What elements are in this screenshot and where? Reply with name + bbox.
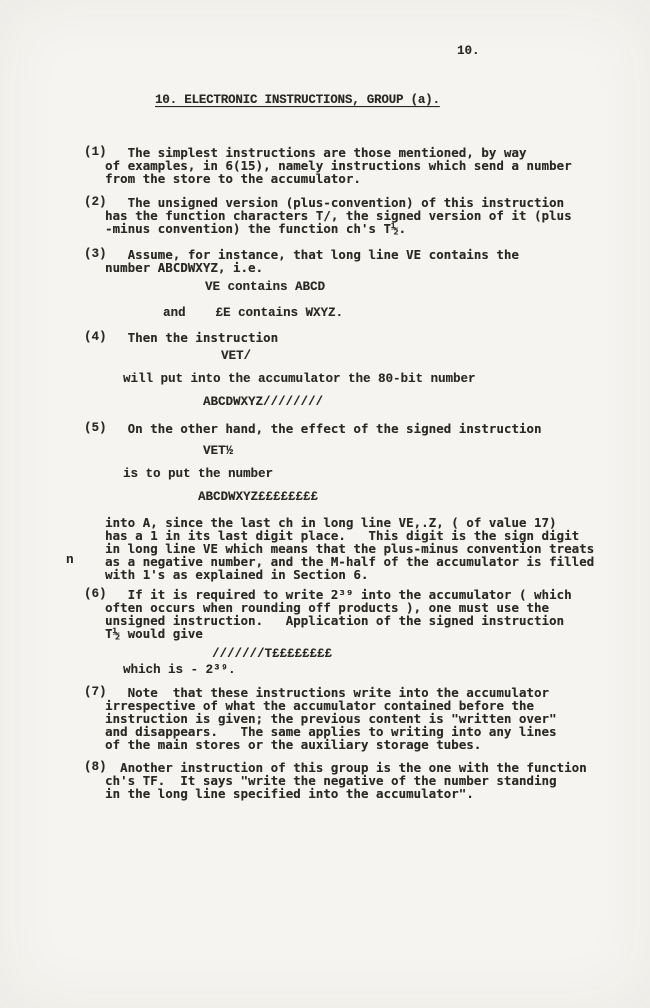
paragraph-2-body: The unsigned version (plus-convention) o… [105, 196, 572, 235]
paragraph-8-body: Another instruction of this group is the… [105, 761, 587, 800]
section-title: 10. ELECTRONIC INSTRUCTIONS, GROUP (a). [155, 94, 440, 107]
paragraph-4-body: Then the instruction [105, 331, 278, 344]
paragraph-4-number: (4) [84, 331, 107, 344]
formula-abcd-slashes: ABCDWXYZ//////// [203, 396, 323, 409]
formula-ve-contains: VE contains ABCD [205, 281, 325, 294]
text-which-is: which is - 2³⁹. [123, 664, 236, 677]
formula-vet-slash: VET/ [221, 350, 251, 363]
paragraph-8-number: (8) [84, 761, 107, 774]
paragraph-5-number: (5) [84, 422, 107, 435]
handwritten-margin-note: n [66, 554, 74, 567]
paragraph-2-number: (2) [84, 196, 107, 209]
formula-abcd-pounds: ABCDWXYZ££££££££ [198, 491, 318, 504]
paragraph-7-number: (7) [84, 686, 107, 699]
paragraph-1-number: (1) [84, 146, 107, 159]
formula-slashes-pounds: ///////T££££££££ [212, 648, 332, 661]
paragraph-7-body: Note that these instructions write into … [105, 686, 557, 751]
paragraph-3-body: Assume, for instance, that long line VE … [105, 248, 519, 274]
text-put-80bit: will put into the accumulator the 80-bit… [123, 373, 476, 386]
paragraph-3-number: (3) [84, 248, 107, 261]
scanned-document-page: 10. 10. ELECTRONIC INSTRUCTIONS, GROUP (… [0, 0, 650, 1008]
formula-ee-contains: and £E contains WXYZ. [163, 307, 343, 320]
text-put-number: is to put the number [123, 468, 273, 481]
paragraph-5-body: into A, since the last ch in long line V… [105, 516, 594, 581]
page-number: 10. [457, 45, 480, 58]
paragraph-6-number: (6) [84, 588, 107, 601]
paragraph-6-body: If it is required to write 2³⁹ into the … [105, 588, 572, 640]
formula-vet-half: VET½ [203, 445, 233, 458]
paragraph-5-head: On the other hand, the effect of the sig… [105, 422, 542, 435]
paragraph-1-body: The simplest instructions are those ment… [105, 146, 572, 185]
